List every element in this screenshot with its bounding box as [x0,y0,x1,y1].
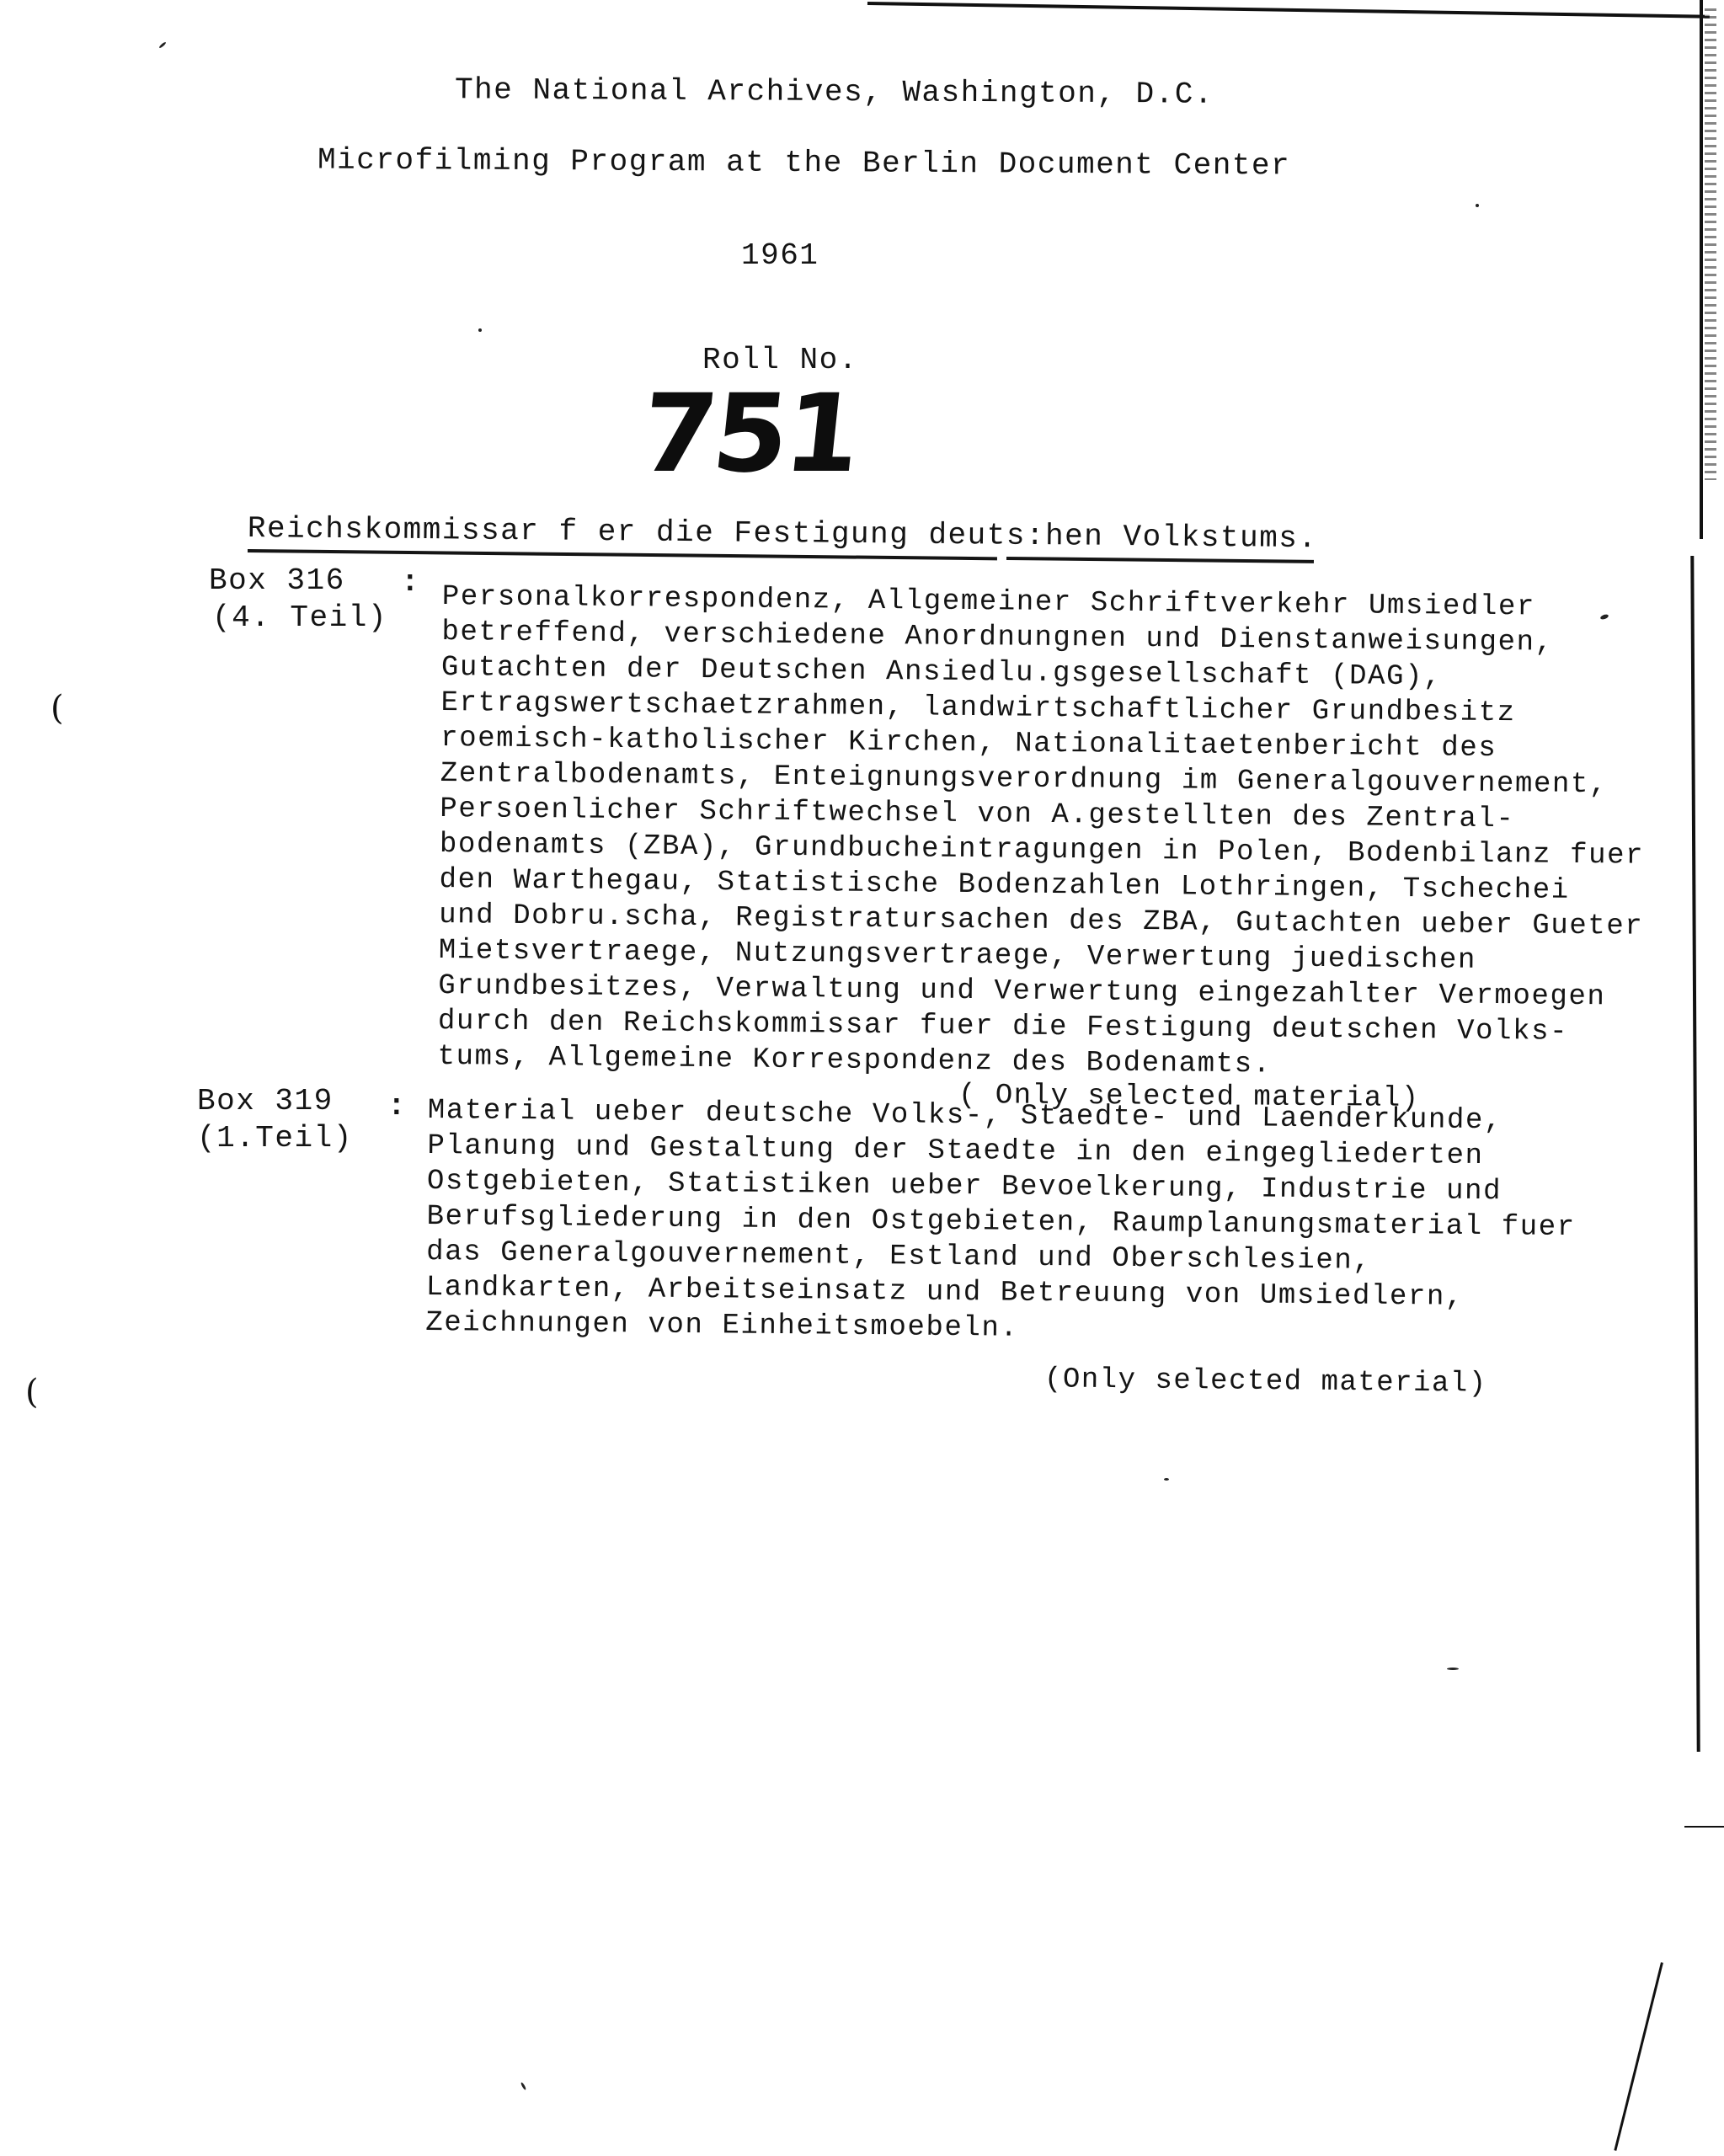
year-label: 1961 [741,241,819,271]
scan-speck [1164,1478,1169,1481]
box-part: (4. Teil) [212,603,387,633]
roll-number-stamp: 751 [636,381,862,488]
institution-heading: The National Archives, Washington, D.C. [455,75,1214,110]
box-part: (1.Teil) [197,1123,353,1154]
document-page: The National Archives, Washington, D.C. … [0,0,1724,2156]
film-sprocket-strip [1705,8,1716,480]
entry-separator: : [401,568,420,598]
entry-description: Personalkorrespondenz, Allgemeiner Schri… [437,579,1647,1086]
margin-parenthesis-mark: ( [51,689,64,728]
film-frame-top-edge [867,2,1710,19]
margin-parenthesis-mark: ( [25,1373,39,1412]
film-frame-right-edge-lower [1690,556,1700,1752]
collection-title: Reichskommissar f er die Festigung deuts… [248,514,1318,554]
scan-speck [1447,1668,1459,1670]
selection-note: (Only selected material) [1044,1365,1487,1399]
film-frame-corner-edge [1614,1962,1663,2151]
title-underline [1006,557,1314,563]
entry-description: Material ueber deutsche Volks-, Staedte-… [425,1093,1577,1352]
scan-speck [1476,204,1479,207]
scan-speck [520,2082,527,2090]
film-frame-tick-mark [1684,1826,1724,1828]
entry-separator: : [387,1091,407,1122]
box-number: Box 319 [197,1086,334,1117]
scan-speck [158,41,167,49]
box-number: Box 316 [209,566,345,596]
film-frame-right-edge [1700,0,1703,539]
program-heading: Microfilming Program at the Berlin Docum… [318,145,1290,181]
scan-speck [478,328,482,332]
